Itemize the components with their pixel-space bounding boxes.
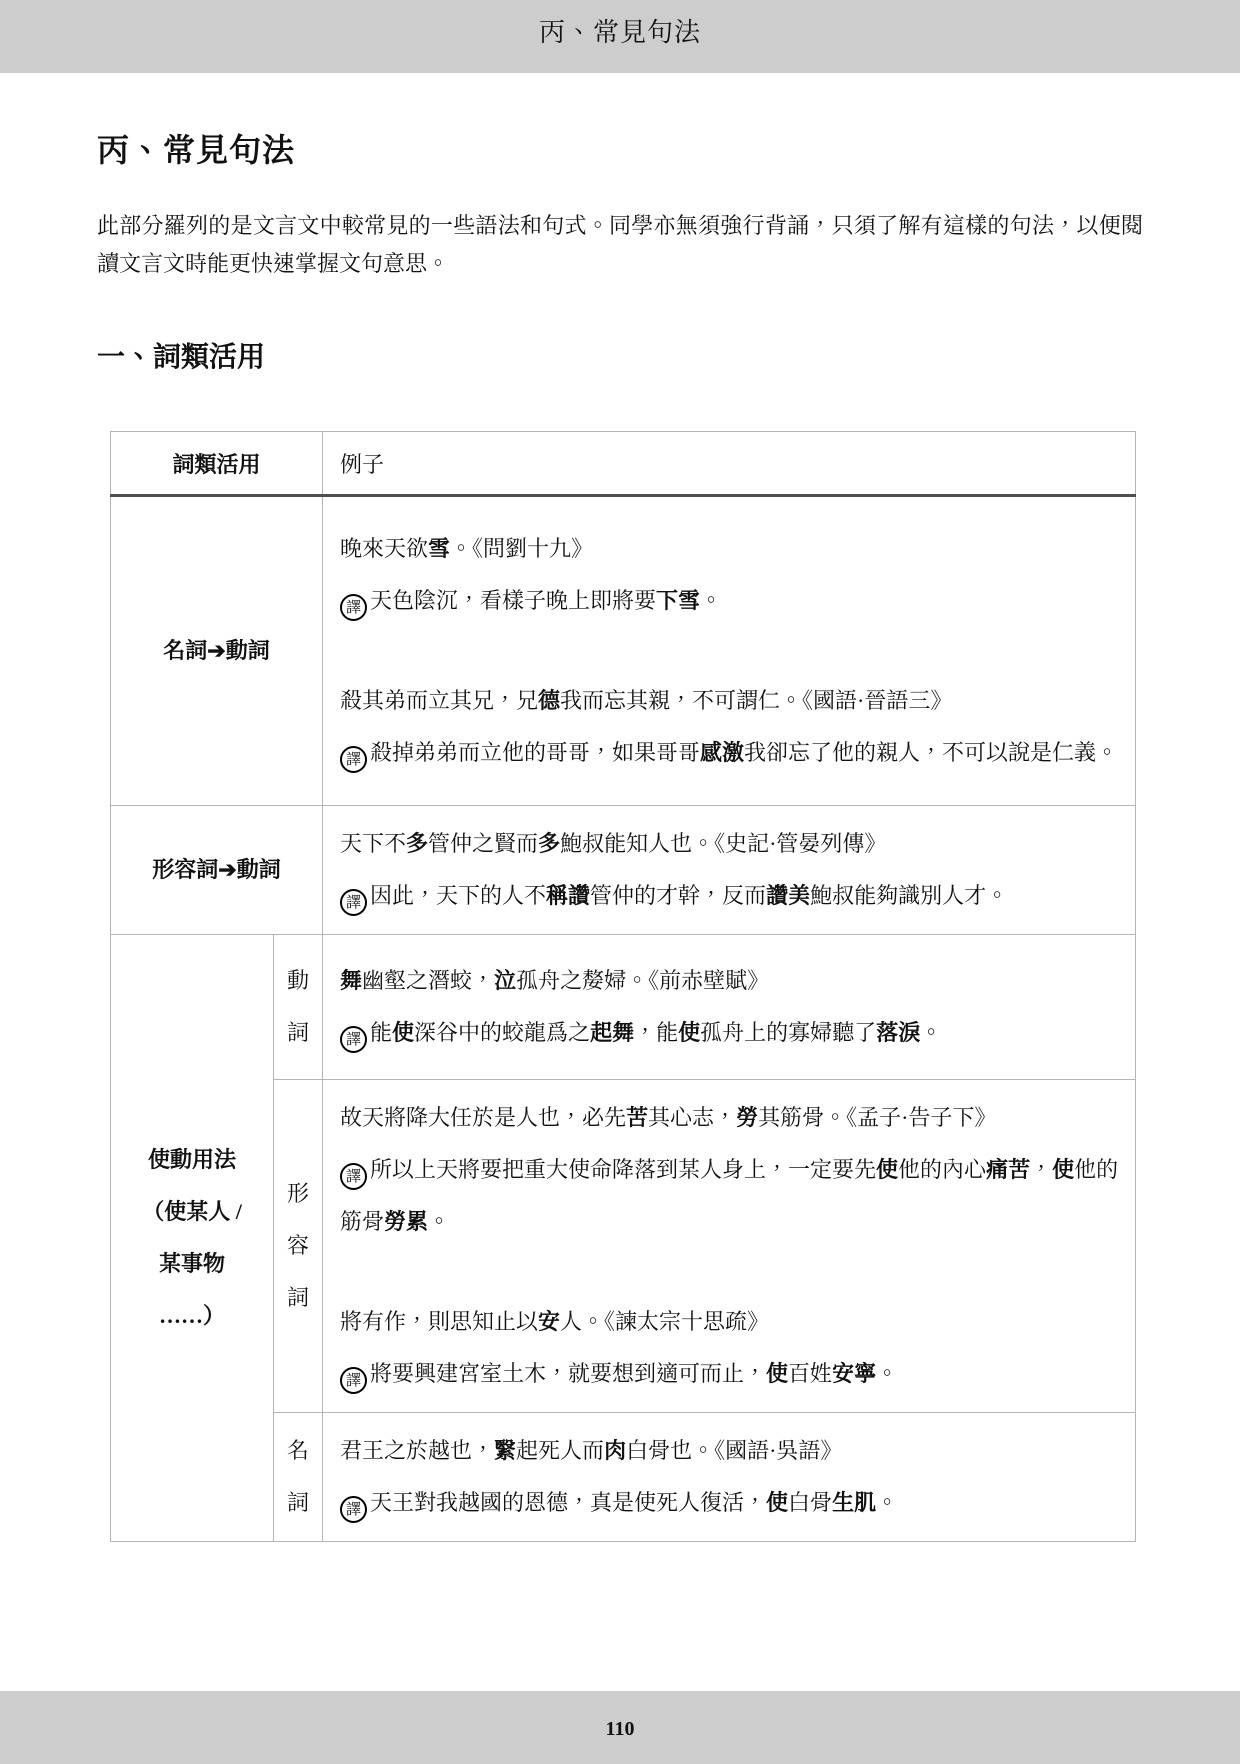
example-cell: 晚來天欲雪。《問劉十九》譯天色陰沉，看樣子晚上即將要下雪。殺其弟而立其兄，兄德我…: [323, 496, 1136, 806]
plain-text: 起死人而: [516, 1438, 604, 1463]
plain-text: 他的內心: [898, 1157, 986, 1182]
plain-text: 故天將降大任於是人也，必先: [340, 1105, 626, 1130]
page-body: 丙、常見句法 此部分羅列的是文言文中較常見的一些語法和句式。同學亦無須強行背誦，…: [0, 73, 1240, 1542]
table-header-category: 詞類活用: [111, 432, 323, 496]
example-cell: 天下不多管仲之賢而多鮑叔能知人也。《史記·管晏列傳》譯因此，天下的人不稱讚管仲的…: [323, 806, 1136, 935]
plain-text: 。: [876, 1361, 898, 1386]
subcategory-label: 動詞: [286, 955, 309, 1059]
plain-text: 白骨也。《國語·吳語》: [626, 1438, 842, 1463]
emphasis-text: 下雪: [656, 588, 700, 613]
plain-text: 天色陰沉，看樣子晚上即將要: [370, 588, 656, 613]
emphasis-text: 使: [766, 1490, 788, 1515]
subcategory-label: 名詞: [286, 1425, 309, 1529]
row-label-line: 某事物: [115, 1238, 269, 1290]
plain-text: 晚來天欲: [340, 536, 428, 561]
table-body: 名詞➔動詞晚來天欲雪。《問劉十九》譯天色陰沉，看樣子晚上即將要下雪。殺其弟而立其…: [111, 496, 1136, 1542]
plain-text: 其心志，: [648, 1105, 736, 1130]
emphasis-text: 德: [538, 688, 560, 713]
plain-text: ，能: [634, 1020, 678, 1045]
source-line: 君王之於越也，繄起死人而肉白骨也。《國語·吳語》: [340, 1425, 1121, 1477]
emphasis-text: 使: [766, 1361, 788, 1386]
plain-text: 白骨: [788, 1490, 832, 1515]
emphasis-text: 使: [876, 1157, 898, 1182]
plain-text: 百姓: [788, 1361, 832, 1386]
page-title: 丙、常見句法: [97, 125, 1143, 171]
translation-marker-icon: 譯: [340, 1026, 367, 1053]
plain-text: 將有作，則思知止以: [340, 1309, 538, 1334]
plain-text: 天王對我越國的恩德，真是使死人復活，: [370, 1490, 766, 1515]
plain-text: 管仲之賢而: [428, 831, 538, 856]
word-class-usage-table: 詞類活用 例子 名詞➔動詞晚來天欲雪。《問劉十九》譯天色陰沉，看樣子晚上即將要下…: [110, 431, 1136, 1542]
plain-text: 我卻忘了他的親人，不可以說是仁義。: [744, 740, 1118, 765]
plain-text: 深谷中的蛟龍爲之: [414, 1020, 590, 1045]
emphasis-text: 痛苦: [986, 1157, 1030, 1182]
translation-line: 譯天色陰沉，看樣子晚上即將要下雪。: [340, 575, 1121, 627]
example-cell: 舞幽壑之潛蛟，泣孤舟之嫠婦。《前赤壁賦》譯能使深谷中的蛟龍爲之起舞，能使孤舟上的…: [323, 935, 1136, 1080]
source-line: 天下不多管仲之賢而多鮑叔能知人也。《史記·管晏列傳》: [340, 818, 1121, 870]
row-label-line: （使某人 /: [115, 1186, 269, 1238]
example-cell: 故天將降大任於是人也，必先苦其心志，勞其筋骨。《孟子·告子下》譯所以上天將要把重…: [323, 1080, 1136, 1413]
example-cell: 君王之於越也，繄起死人而肉白骨也。《國語·吳語》譯天王對我越國的恩德，真是使死人…: [323, 1413, 1136, 1542]
plain-text: 天下不: [340, 831, 406, 856]
emphasis-text: 使: [678, 1020, 700, 1045]
subcategory-label: 形容詞: [286, 1168, 309, 1324]
intro-paragraph: 此部分羅列的是文言文中較常見的一些語法和句式。同學亦無須強行背誦，只須了解有這樣…: [97, 207, 1143, 283]
translation-line: 譯所以上天將要把重大使命降落到某人身上，一定要先使他的內心痛苦，使他的筋骨勞累。: [340, 1144, 1121, 1248]
emphasis-text: 泣: [494, 968, 516, 993]
plain-text: 鮑叔能夠識別人才。: [810, 883, 1008, 908]
emphasis-text: 起舞: [590, 1020, 634, 1045]
translation-marker-icon: 譯: [340, 594, 367, 621]
plain-text: 孤舟之嫠婦。《前赤壁賦》: [516, 968, 769, 993]
plain-text: 君王之於越也，: [340, 1438, 494, 1463]
emphasis-text: 苦: [626, 1105, 648, 1130]
plain-text: 幽壑之潛蛟，: [362, 968, 494, 993]
emphasis-text: 繄: [494, 1438, 516, 1463]
plain-text: 管仲的才幹，反而: [590, 883, 766, 908]
plain-text: 。《問劉十九》: [450, 536, 593, 561]
emphasis-text: 安: [538, 1309, 560, 1334]
plain-text: 我而忘其親，不可謂仁。《國語·晉語三》: [560, 688, 952, 713]
page-header-band: 丙、常見句法: [0, 0, 1240, 73]
subcategory-cell: 動詞: [274, 935, 323, 1080]
translation-line: 譯將要興建宮室土木，就要想到適可而止，使百姓安寧。: [340, 1348, 1121, 1400]
plain-text: 因此，天下的人不: [370, 883, 546, 908]
emphasis-text: 勞: [736, 1105, 758, 1130]
source-line: 殺其弟而立其兄，兄德我而忘其親，不可謂仁。《國語·晉語三》: [340, 675, 1121, 727]
emphasis-text: 生肌: [832, 1490, 876, 1515]
plain-text: 殺其弟而立其兄，兄: [340, 688, 538, 713]
translation-line: 譯因此，天下的人不稱讚管仲的才幹，反而讚美鮑叔能夠識別人才。: [340, 870, 1121, 922]
translation-marker-icon: 譯: [340, 1367, 367, 1394]
plain-text: 。: [920, 1020, 942, 1045]
emphasis-text: 安寧: [832, 1361, 876, 1386]
table-row: 使動用法（使某人 /某事物……）動詞舞幽壑之潛蛟，泣孤舟之嫠婦。《前赤壁賦》譯能…: [111, 935, 1136, 1080]
emphasis-text: 使: [1052, 1157, 1074, 1182]
table-row: 名詞➔動詞晚來天欲雪。《問劉十九》譯天色陰沉，看樣子晚上即將要下雪。殺其弟而立其…: [111, 496, 1136, 806]
row-label-line: 使動用法: [115, 1134, 269, 1186]
translation-marker-icon: 譯: [340, 1496, 367, 1523]
source-line: 晚來天欲雪。《問劉十九》: [340, 523, 1121, 575]
translation-line: 譯殺掉弟弟而立他的哥哥，如果哥哥感激我卻忘了他的親人，不可以說是仁義。: [340, 727, 1121, 779]
section-heading: 一、詞類活用: [97, 335, 1143, 375]
translation-marker-icon: 譯: [340, 889, 367, 916]
emphasis-text: 多: [538, 831, 560, 856]
subcategory-cell: 形容詞: [274, 1080, 323, 1413]
row-label-line: ……）: [115, 1290, 269, 1342]
translation-marker-icon: 譯: [340, 746, 367, 773]
page-footer-band: 110: [0, 1691, 1240, 1764]
plain-text: 其筋骨。《孟子·告子下》: [758, 1105, 996, 1130]
plain-text: 所以上天將要把重大使命降落到某人身上，一定要先: [370, 1157, 876, 1182]
running-header-title: 丙、常見句法: [539, 18, 701, 47]
subcategory-cell: 名詞: [274, 1413, 323, 1542]
plain-text: 殺掉弟弟而立他的哥哥，如果哥哥: [370, 740, 700, 765]
translation-line: 譯能使深谷中的蛟龍爲之起舞，能使孤舟上的寡婦聽了落淚。: [340, 1007, 1121, 1059]
plain-text: 將要興建宮室土木，就要想到適可而止，: [370, 1361, 766, 1386]
plain-text: 。: [428, 1209, 450, 1234]
table-row: 形容詞➔動詞天下不多管仲之賢而多鮑叔能知人也。《史記·管晏列傳》譯因此，天下的人…: [111, 806, 1136, 935]
plain-text: 鮑叔能知人也。《史記·管晏列傳》: [560, 831, 886, 856]
page-number: 110: [606, 1718, 635, 1740]
emphasis-text: 稱讚: [546, 883, 590, 908]
emphasis-text: 勞累: [384, 1209, 428, 1234]
table-header-row: 詞類活用 例子: [111, 432, 1136, 496]
plain-text: 。: [876, 1490, 898, 1515]
source-line: 將有作，則思知止以安人。《諫太宗十思疏》: [340, 1296, 1121, 1348]
row-label-cell: 形容詞➔動詞: [111, 806, 323, 935]
emphasis-text: 感激: [700, 740, 744, 765]
emphasis-text: 舞: [340, 968, 362, 993]
translation-marker-icon: 譯: [340, 1163, 367, 1190]
source-line: 故天將降大任於是人也，必先苦其心志，勞其筋骨。《孟子·告子下》: [340, 1092, 1121, 1144]
emphasis-text: 讚美: [766, 883, 810, 908]
plain-text: 孤舟上的寡婦聽了: [700, 1020, 876, 1045]
table-header-example: 例子: [323, 432, 1136, 496]
emphasis-text: 雪: [428, 536, 450, 561]
source-line: 舞幽壑之潛蛟，泣孤舟之嫠婦。《前赤壁賦》: [340, 955, 1121, 1007]
textbook-page: { "page": { "header_title": "丙、常見句法", "f…: [0, 0, 1240, 1764]
plain-text: 能: [370, 1020, 392, 1045]
emphasis-text: 肉: [604, 1438, 626, 1463]
translation-line: 譯天王對我越國的恩德，真是使死人復活，使白骨生肌。: [340, 1477, 1121, 1529]
row-label-cell: 使動用法（使某人 /某事物……）: [111, 935, 274, 1542]
emphasis-text: 多: [406, 831, 428, 856]
emphasis-text: 落淚: [876, 1020, 920, 1045]
plain-text: 人。《諫太宗十思疏》: [560, 1309, 769, 1334]
plain-text: 。: [700, 588, 722, 613]
plain-text: ，: [1030, 1157, 1052, 1182]
emphasis-text: 使: [392, 1020, 414, 1045]
row-label-cell: 名詞➔動詞: [111, 496, 323, 806]
